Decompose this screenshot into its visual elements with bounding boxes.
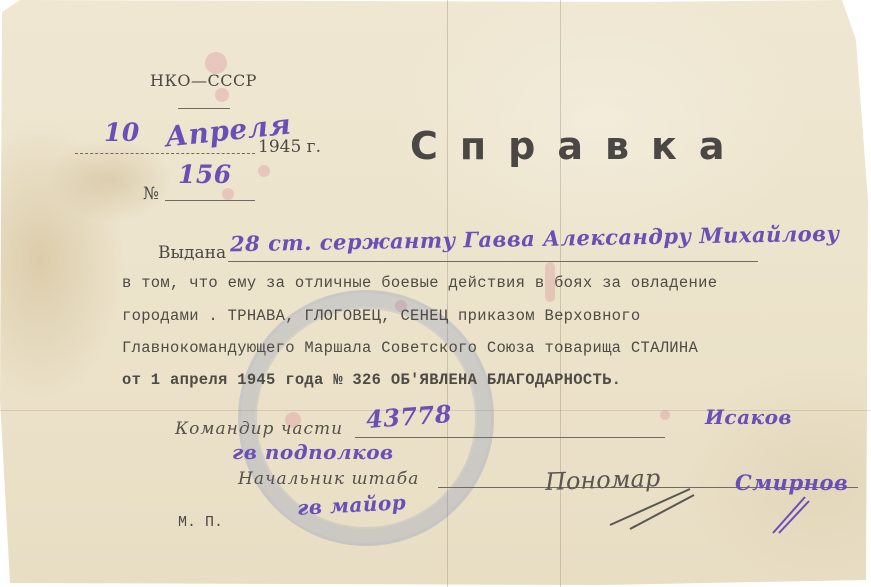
body-line-1: в том, что ему за отличные боевые действ… <box>122 274 717 292</box>
stain <box>660 410 670 420</box>
seal-label: М. П. <box>178 514 223 531</box>
number-value: 156 <box>178 160 232 189</box>
document-title: Справка <box>410 124 746 168</box>
issued-to-rule <box>228 261 758 262</box>
chief-of-staff-label: Начальник штаба <box>238 469 419 489</box>
commander-rank: гв подполков <box>232 440 394 464</box>
commander-signature: Исаков <box>705 405 792 429</box>
stain <box>215 88 229 102</box>
commander-label: Командир части <box>175 419 343 439</box>
stain <box>258 165 270 177</box>
commander-rule <box>355 437 665 438</box>
body-line-3: Главнокомандующего Маршала Советского Со… <box>122 339 698 357</box>
date-year: 1945 г. <box>258 137 321 157</box>
body-line-4: от 1 апреля 1945 года № 326 ОБ'ЯВЛЕНА БЛ… <box>122 371 621 389</box>
header-rule <box>178 108 230 109</box>
chief-of-staff-signature-ink: Смирнов <box>735 470 848 495</box>
fold-crease <box>560 0 561 587</box>
number-rule <box>165 200 255 201</box>
signature-flourish <box>590 485 700 530</box>
header-org: НКО—СССР <box>150 71 257 90</box>
date-rule <box>75 153 255 154</box>
date-day: 10 <box>104 118 140 147</box>
signature-ink-flourish <box>765 495 815 535</box>
stain <box>222 188 234 200</box>
number-label: № <box>143 184 159 204</box>
issued-to-label: Выдана <box>158 243 226 263</box>
commander-unit-number: 43778 <box>365 399 453 434</box>
body-line-2: городами . ТРНАВА, ГЛОГОВЕЦ, СЕНЕЦ прика… <box>122 307 640 325</box>
